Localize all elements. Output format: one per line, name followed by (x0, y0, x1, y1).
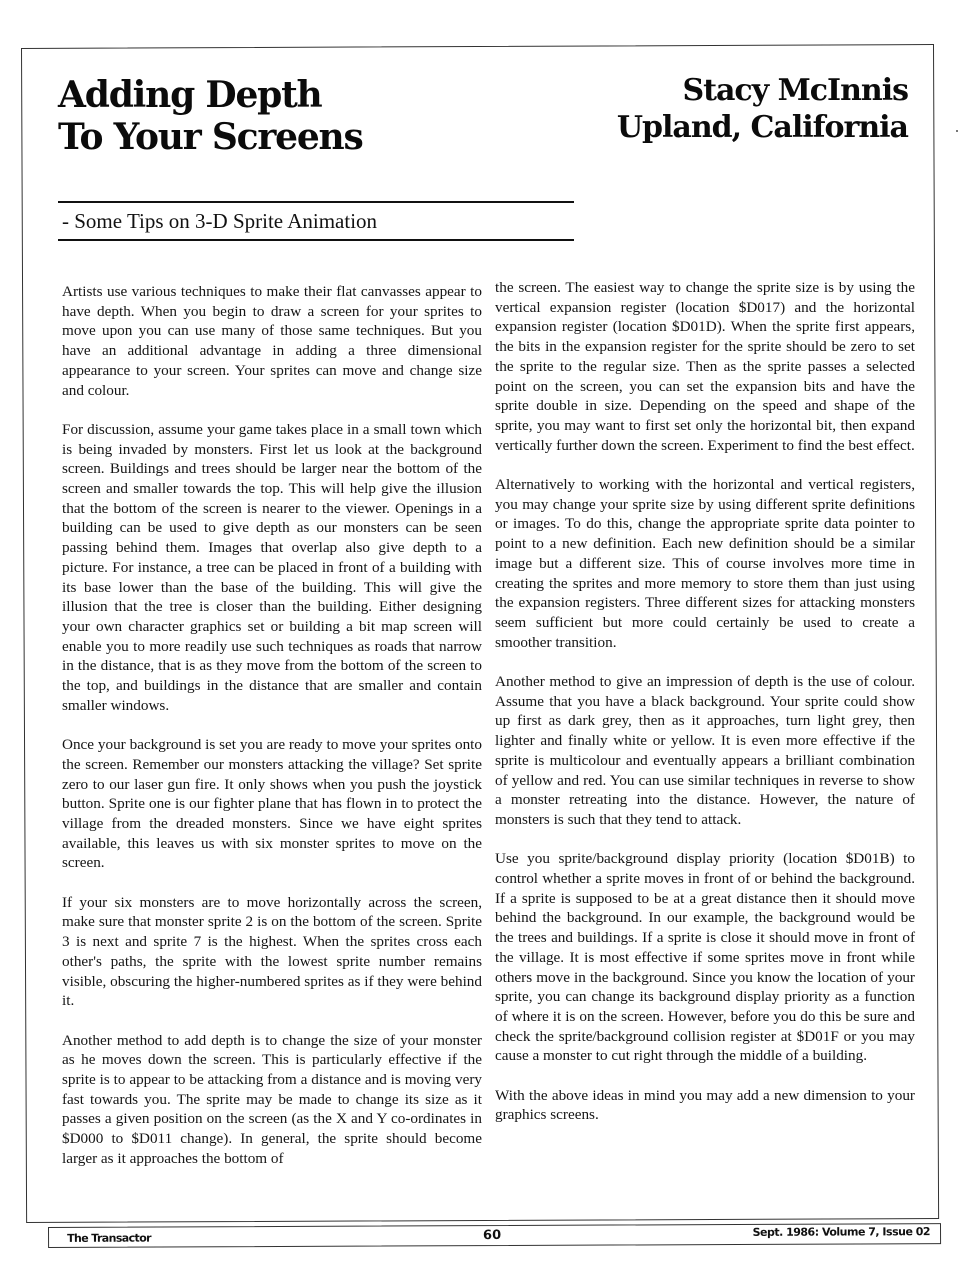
paragraph: Use you sprite/background display priori… (495, 849, 915, 1066)
paragraph: Once your background is set you are read… (62, 735, 482, 873)
paragraph: If your six monsters are to move horizon… (62, 893, 482, 1011)
issue-info: Sept. 1986: Volume 7, Issue 02 (753, 1225, 931, 1239)
paragraph: Another method to give an impression of … (495, 672, 915, 830)
right-column: the screen. The easiest way to change th… (495, 278, 915, 1145)
paragraph: Alternatively to working with the horizo… (495, 475, 915, 652)
publication-name: The Transactor (67, 1232, 151, 1245)
paragraph: With the above ideas in mind you may add… (495, 1086, 915, 1125)
title-line-1: Adding Depth (58, 74, 322, 116)
page-number: 60 (483, 1228, 501, 1243)
scan-speck (956, 130, 958, 132)
article-subtitle: - Some Tips on 3-D Sprite Animation (62, 209, 377, 233)
page-footer: The Transactor 60 Sept. 1986: Volume 7, … (48, 1223, 941, 1248)
article-title: Adding Depth To Your Screens (58, 74, 363, 158)
paragraph: For discussion, assume your game takes p… (62, 420, 482, 716)
paragraph: Artists use various techniques to make t… (62, 282, 482, 400)
paragraph: Another method to add depth is to change… (62, 1031, 482, 1169)
author-name: Stacy McInnis (682, 73, 908, 108)
left-column: Artists use various techniques to make t… (62, 282, 482, 1188)
subtitle-bar: - Some Tips on 3-D Sprite Animation (58, 201, 574, 241)
author-block: Stacy McInnis Upland, California (617, 72, 908, 146)
title-line-2: To Your Screens (58, 116, 363, 158)
paragraph: the screen. The easiest way to change th… (495, 278, 915, 455)
author-location: Upland, California (617, 110, 908, 145)
